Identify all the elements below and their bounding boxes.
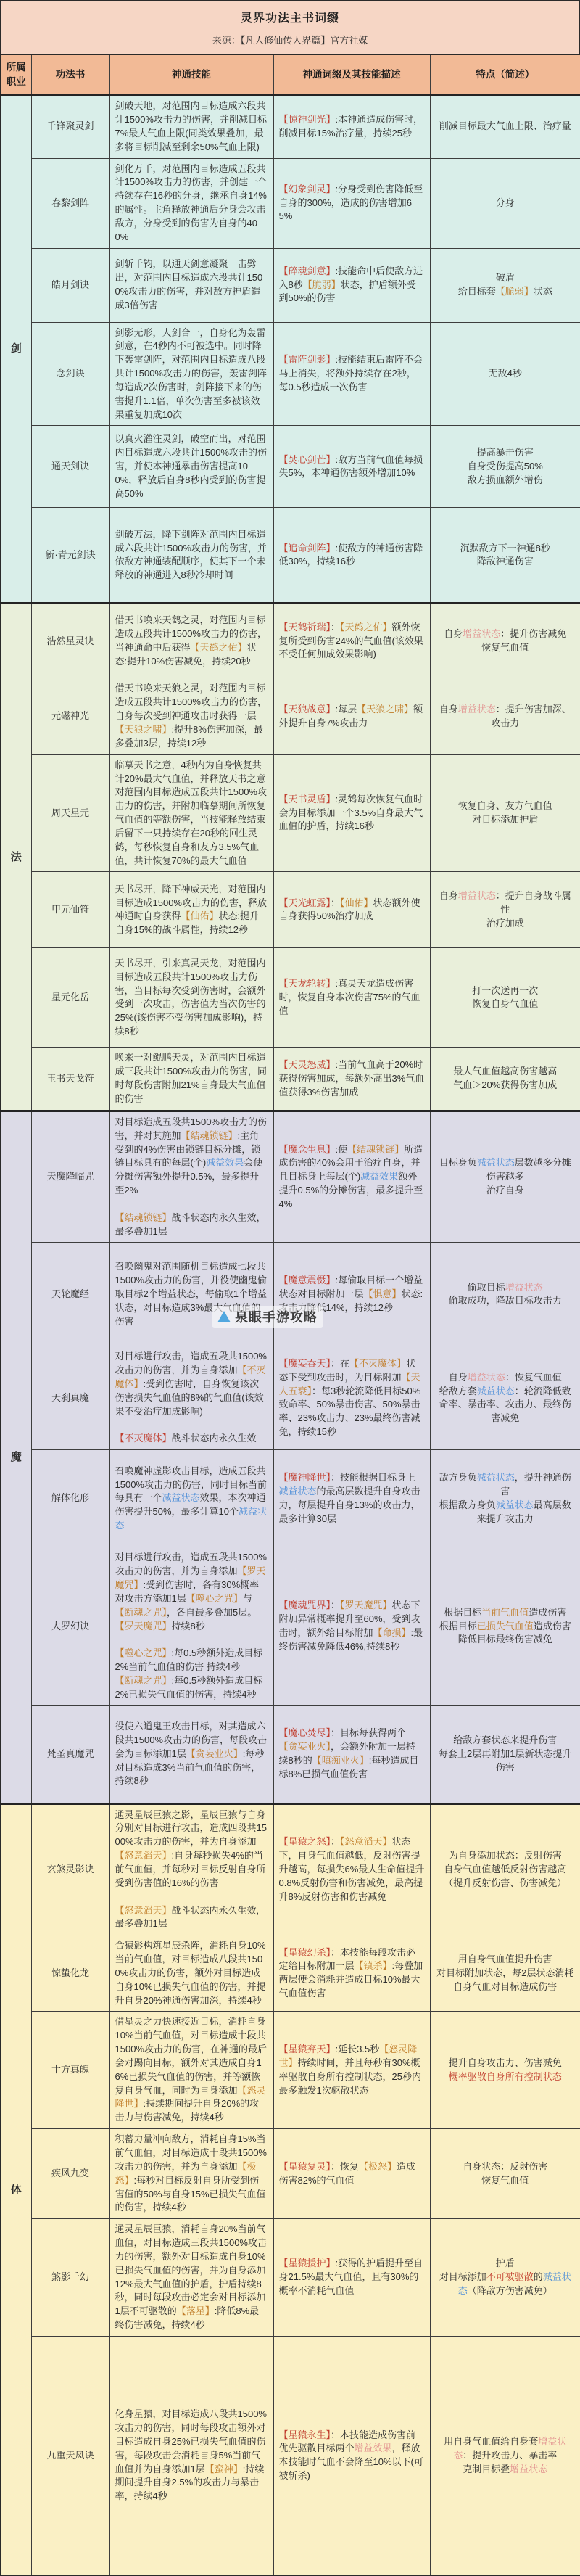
trait-summary: 自身状态：反射伤害 恢复气血值 bbox=[430, 2129, 580, 2219]
table-row: 星元化岳天书尽开，引来真灵天龙，对范围内目标造成五段共计1500%攻击力伤害，当… bbox=[1, 948, 580, 1048]
watermark-text: 泉眼手游攻略 bbox=[235, 1307, 318, 1326]
affix-description: 【魔妄吞天】：在【不灭魔体】状态下受到攻击时，为目标附加【天人五衰】：每3秒轮流… bbox=[273, 1346, 430, 1450]
book-name: 星元化岳 bbox=[31, 948, 109, 1048]
book-name: 浩然星灵诀 bbox=[31, 604, 109, 678]
book-name: 玉书天戈符 bbox=[31, 1048, 109, 1111]
skill-description: 积蓄力量冲向敌方，消耗自身15%当前气血值，对目标造成十段共1500%攻击力的伤… bbox=[109, 2129, 273, 2219]
book-name: 玄煞灵影诀 bbox=[31, 1803, 109, 1935]
table-row: 剑千锋聚灵剑剑破天地，对范围内目标造成六段共计1500%攻击力的伤害，并削减目标… bbox=[1, 95, 580, 158]
affix-description: 【雷阵剑影】:技能结束后雷阵不会马上消失，将额外持续存在2秒，每0.5秒造成一次… bbox=[273, 322, 430, 426]
skill-description: 借星灵之力快速接近目标，消耗自身10%当前气血值，对目标造成十段共1500%攻击… bbox=[109, 2012, 273, 2129]
affix-description: 【天灵怒威】:当前气血高于20%时获得伤害加成，每额外高出3%气血值获得3%伤害… bbox=[273, 1048, 430, 1111]
skill-description: 对目标进行攻击，造成五段共1500%攻击力的伤害，并为自身添加【罗天魔咒】:受到… bbox=[109, 1547, 273, 1705]
book-name: 煞影千幻 bbox=[31, 2219, 109, 2337]
class-label: 法 bbox=[1, 604, 31, 1111]
trait-summary: 根据目标当前气血值造成伤害 根据目标已损失气血值造成伤害 降低目标最终伤害减免 bbox=[430, 1547, 580, 1705]
book-name: 念剑诀 bbox=[31, 322, 109, 426]
book-name: 疾风九变 bbox=[31, 2129, 109, 2219]
book-name: 周天星元 bbox=[31, 754, 109, 872]
title-banner: 灵界功法主书词缀 来源：【凡人修仙传人界篇】官方社媒 bbox=[0, 0, 580, 54]
affix-description: 【魔魂咒界】：【罗天魔咒】状态下附加异常概率提升至60%，受到攻击时，额外给目标… bbox=[273, 1547, 430, 1705]
trait-summary: 偷取目标增益状态 偷取成功，降敌目标攻击力 bbox=[430, 1243, 580, 1346]
table-row: 念剑诀剑影无形，人剑合一，自身化为轰雷剑意，在4秒内不可被选中。同时降下轰雷剑阵… bbox=[1, 322, 580, 426]
affix-description: 【碎魂剑意】:技能命中后使敌方进入8秒【脆弱】状态，护盾额外受到50%的伤害 bbox=[273, 248, 430, 322]
skill-description: 天书尽开，引来真灵天龙，对范围内目标造成五段共计1500%攻击力伤害，当目标每次… bbox=[109, 948, 273, 1048]
book-name: 大罗幻诀 bbox=[31, 1547, 109, 1705]
book-name: 新·青元剑诀 bbox=[31, 508, 109, 604]
trait-summary: 为自身添加状态：反射伤害 自身气血值越低反射伤害越高（提升反射伤害、伤害减免） bbox=[430, 1803, 580, 1935]
affix-description: 【星猿之怒】：【怒意滔天】状态下，自身气血值越低，反射伤害提升越高，每损失6%最… bbox=[273, 1803, 430, 1935]
trait-summary: 敌方身负减益状态，提升神通伤害 根据敌方身负减益状态最高层数来提升攻击力 bbox=[430, 1450, 580, 1547]
skill-description: 剑斩千钧，以通天剑意凝聚一击劈出，对范围内目标造成六段共计1500%攻击力的伤害… bbox=[109, 248, 273, 322]
skill-description: 剑影无形，人剑合一，自身化为轰雷剑意，在4秒内不可被选中。同时降下轰雷剑阵，对范… bbox=[109, 322, 273, 426]
book-name: 惊蛰化龙 bbox=[31, 1935, 109, 2012]
table-row: 天轮魔经召唤幽鬼对范围随机目标造成七段共1500%攻击力的伤害，并役使幽鬼偷取目… bbox=[1, 1243, 580, 1346]
skill-description: 化身星猿，对目标造成八段共1500%攻击力的伤害，同时每段攻击额外对目标造成自身… bbox=[109, 2336, 273, 2575]
skill-description: 借天书唤来天狼之灵，对范围内目标造成五段共计1500%攻击力的伤害，自身每次受到… bbox=[109, 678, 273, 754]
affix-description: 【天书灵盾】:灵鹤每次恢复气血时会为目标添加一个3.5%自身最大气血值的护盾，持… bbox=[273, 754, 430, 872]
table-row: 皓月剑诀剑斩千钧，以通天剑意凝聚一击劈出，对范围内目标造成六段共计1500%攻击… bbox=[1, 248, 580, 322]
skill-description: 唤来一对鲲鹏天灵，对范围内目标造成三段共计1500%攻击力的伤害，同时每段伤害附… bbox=[109, 1048, 273, 1111]
skill-description: 召唤魔神虚影攻击目标，造成五段共1500%攻击力的伤害，同时目标当前每具有一个减… bbox=[109, 1450, 273, 1547]
class-label: 体 bbox=[1, 1803, 31, 2575]
table-row: 十方真魄借星灵之力快速接近目标，消耗自身10%当前气血值，对目标造成十段共150… bbox=[1, 2012, 580, 2129]
trait-summary: 提升自身攻击力、伤害减免 概率驱散自身所有控制状态 bbox=[430, 2012, 580, 2129]
book-name: 十方真魄 bbox=[31, 2012, 109, 2129]
skill-description: 临摹天书之意，4秒内为自身恢复共计20%最大气血值，并释放天书之意对范围内目标造… bbox=[109, 754, 273, 872]
affix-description: 【星猿弃天】:延长3.5秒【怒灵降世】持续时间，并且每秒有30%概率驱散自身所有… bbox=[273, 2012, 430, 2129]
book-name: 天魔降临咒 bbox=[31, 1111, 109, 1243]
affix-description: 【天龙轮转】:真灵天龙造成伤害时，恢复自身本次伤害75%的气血值 bbox=[273, 948, 430, 1048]
table-row: 煞影千幻通灵星辰巨猿，消耗自身20%当前气血值，对目标造成三段共1500%攻击力… bbox=[1, 2219, 580, 2337]
page-title: 灵界功法主书词缀 bbox=[1, 9, 579, 25]
trait-summary: 给敌方套状态来提升伤害 每套上2层再附加1层新状态提升伤害 bbox=[430, 1705, 580, 1803]
book-name: 九重天凤诀 bbox=[31, 2336, 109, 2575]
header-row: 所属职业 功法书 神通技能 神通词缀及其技能描述 特点（简述） bbox=[1, 54, 580, 95]
trait-summary: 恢复自身、友方气血值 对目标添加护盾 bbox=[430, 754, 580, 872]
skill-description: 剑破天地，对范围内目标造成六段共计1500%攻击力的伤害，并削减目标7%最大气血… bbox=[109, 95, 273, 158]
affix-description: 【星猿复灵】：恢复【极怒】造成伤害82%的气血值 bbox=[273, 2129, 430, 2219]
table-row: 体玄煞灵影诀通灵星辰巨猿之影，星辰巨猿与自身分别对目标进行攻击，造成四段共150… bbox=[1, 1803, 580, 1935]
column-header-class: 所属职业 bbox=[1, 54, 31, 95]
table-row: 春黎剑阵剑化万千，对范围内目标造成五段共计1500%攻击力的伤害，并创建一个持续… bbox=[1, 158, 580, 248]
book-name: 解体化形 bbox=[31, 1450, 109, 1547]
trait-summary: 自身增益状态：提升自身战斗属性 治疗加成 bbox=[430, 872, 580, 948]
affix-description: 【幻象剑灵】:分身受到伤害降低至自身的300%，造成的伤害增加65% bbox=[273, 158, 430, 248]
skill-description: 剑破万法，降下剑阵对范围内目标造成六段共计1500%攻击力的伤害，并依敌方神通装… bbox=[109, 508, 273, 604]
skill-description: 役使六道鬼王攻击目标，对其造成六段共1500%攻击力的伤害，每段攻击会为目标添加… bbox=[109, 1705, 273, 1803]
column-header-trait: 特点（简述） bbox=[430, 54, 580, 95]
skill-description: 合猿影构筑星辰杀阵，消耗自身10%当前气血值，对目标造成八段共1500%攻击力的… bbox=[109, 1935, 273, 2012]
book-name: 天刹真魔 bbox=[31, 1346, 109, 1450]
table-row: 周天星元临摹天书之意，4秒内为自身恢复共计20%最大气血值，并释放天书之意对范围… bbox=[1, 754, 580, 872]
column-header-affix: 神通词缀及其技能描述 bbox=[273, 54, 430, 95]
table-row: 大罗幻诀对目标进行攻击，造成五段共1500%攻击力的伤害，并为自身添加【罗天魔咒… bbox=[1, 1547, 580, 1705]
watermark: 泉眼手游攻略 bbox=[212, 1306, 323, 1328]
affix-description: 【天鹤祈瑞】：【天鹤之佑】额外恢复所受到伤害24%的气血值(该效果不受任何加成效… bbox=[273, 604, 430, 678]
table-row: 玉书天戈符唤来一对鲲鹏天灵，对范围内目标造成三段共计1500%攻击力的伤害，同时… bbox=[1, 1048, 580, 1111]
trait-summary: 最大气血值越高伤害越高 气血＞20%获得伤害加成 bbox=[430, 1048, 580, 1111]
skill-description: 通灵星辰巨猿之影，星辰巨猿与自身分别对目标进行攻击，造成四段共1500%攻击力的… bbox=[109, 1803, 273, 1935]
trait-summary: 破盾 给目标套【脆弱】状态 bbox=[430, 248, 580, 322]
affix-description: 【追命剑阵】:使敌方的神通伤害降低30%，持续16秒 bbox=[273, 508, 430, 604]
skill-description: 通灵星辰巨猿，消耗自身20%当前气血值，对目标造成三段共1500%攻击力的伤害，… bbox=[109, 2219, 273, 2337]
trait-summary: 分身 bbox=[430, 158, 580, 248]
trait-summary: 自身增益状态：提升伤害减免 恢复气血值 bbox=[430, 604, 580, 678]
table-row: 疾风九变积蓄力量冲向敌方，消耗自身15%当前气血值，对目标造成十段共1500%攻… bbox=[1, 2129, 580, 2219]
affix-description: 【焚心剑芒】:敌方当前气血值每损失5%，本神通伤害额外增加10% bbox=[273, 426, 430, 508]
affix-description: 【魔念生息】:使【结魂锁链】所造成伤害的40%会用于治疗自身，并且目标身上每层(… bbox=[273, 1111, 430, 1243]
table-row: 新·青元剑诀剑破万法，降下剑阵对范围内目标造成六段共计1500%攻击力的伤害，并… bbox=[1, 508, 580, 604]
skill-description: 召唤幽鬼对范围随机目标造成七段共1500%攻击力的伤害，并役使幽鬼偷取目标2个增… bbox=[109, 1243, 273, 1346]
skill-description: 以真火灌注灵剑，破空而出，对范围内目标造成六段共计1500%攻击的伤害，并使本神… bbox=[109, 426, 273, 508]
watermark-triangle-icon bbox=[217, 1311, 231, 1322]
book-name: 春黎剑阵 bbox=[31, 158, 109, 248]
skill-description: 对目标进行攻击，造成五段共1500%攻击力的伤害，并为自身添加【不灭魔体】:受到… bbox=[109, 1346, 273, 1450]
trait-summary: 无敌4秒 bbox=[430, 322, 580, 426]
trait-summary: 自身增益状态：恢复气血值 给敌方套减益状态：轮流降低致命率、暴击率、攻击力、最终… bbox=[430, 1346, 580, 1450]
table-row: 惊蛰化龙合猿影构筑星辰杀阵，消耗自身10%当前气血值，对目标造成八段共1500%… bbox=[1, 1935, 580, 2012]
table-row: 梵圣真魔咒役使六道鬼王攻击目标，对其造成六段共1500%攻击力的伤害，每段攻击会… bbox=[1, 1705, 580, 1803]
skill-description: 天书尽开，降下神威天光，对范围内目标造成1500%攻击力的伤害，释放神通时自身获… bbox=[109, 872, 273, 948]
book-name: 千锋聚灵剑 bbox=[31, 95, 109, 158]
table-row: 解体化形召唤魔神虚影攻击目标，造成五段共1500%攻击力的伤害，同时目标当前每具… bbox=[1, 1450, 580, 1547]
table-row: 元磁神光借天书唤来天狼之灵，对范围内目标造成五段共计1500%攻击力的伤害，自身… bbox=[1, 678, 580, 754]
skill-description: 对目标造成五段共1500%攻击力的伤害，并对其施加【结魂锁链】:主角受到的4%伤… bbox=[109, 1111, 273, 1243]
affix-description: 【天光虹露】：【仙佑】状态额外使自身获得50%治疗加成 bbox=[273, 872, 430, 948]
table-row: 法浩然星灵诀借天书唤来天鹤之灵，对范围内目标造成五段共计1500%攻击力的伤害，… bbox=[1, 604, 580, 678]
column-header-book: 功法书 bbox=[31, 54, 109, 95]
table-row: 魔天魔降临咒对目标造成五段共1500%攻击力的伤害，并对其施加【结魂锁链】:主角… bbox=[1, 1111, 580, 1243]
affix-description: 【惊神剑光】:本神通造成伤害时，削减目标15%治疗量，持续25秒 bbox=[273, 95, 430, 158]
table-row: 通天剑诀以真火灌注灵剑，破空而出，对范围内目标造成六段共计1500%攻击的伤害，… bbox=[1, 426, 580, 508]
trait-summary: 护盾 对目标添加不可被驱散的减益状态（降敌方伤害减免） bbox=[430, 2219, 580, 2337]
affix-description: 【星猿永生】：本技能造成伤害前优先驱散目标两个增益效果，释放本技能时气血不会降至… bbox=[273, 2336, 430, 2575]
table-row: 九重天凤诀化身星猿，对目标造成八段共1500%攻击力的伤害，同时每段攻击额外对目… bbox=[1, 2336, 580, 2575]
affix-description: 【星猿幻杀】：本技能每段攻击必定给目标附加一层【镇杀】:每叠加两层便会消耗并造成… bbox=[273, 1935, 430, 2012]
class-label: 剑 bbox=[1, 95, 31, 604]
column-header-skill: 神通技能 bbox=[109, 54, 273, 95]
book-name: 梵圣真魔咒 bbox=[31, 1705, 109, 1803]
book-name: 甲元仙符 bbox=[31, 872, 109, 948]
book-name: 通天剑诀 bbox=[31, 426, 109, 508]
trait-summary: 打一次送再一次 恢复自身气血值 bbox=[430, 948, 580, 1048]
book-name: 元磁神光 bbox=[31, 678, 109, 754]
source-line: 来源：【凡人修仙传人界篇】官方社媒 bbox=[1, 33, 579, 46]
affix-description: 【星猿援护】:获得的护盾提升至自身21.5%最大气血值，且有30%的概率不消耗气… bbox=[273, 2219, 430, 2337]
trait-summary: 自身增益状态：提升伤害加深、攻击力 bbox=[430, 678, 580, 754]
trait-summary: 用自身气血值给自身套增益状态：提升攻击力、暴击率 克制目标叠增益状态 bbox=[430, 2336, 580, 2575]
skill-description: 剑化万千，对范围内目标造成五段共计1500%攻击力的伤害，并创建一个持续存在16… bbox=[109, 158, 273, 248]
affix-description: 【魔神降世】：技能根据目标身上减益状态的最高层数提升自身攻击力，每层提升自身13… bbox=[273, 1450, 430, 1547]
affix-description: 【天狼战意】:每层【天狼之啸】额外提升自身7%攻击力 bbox=[273, 678, 430, 754]
table-row: 天刹真魔对目标进行攻击，造成五段共1500%攻击力的伤害，并为自身添加【不灭魔体… bbox=[1, 1346, 580, 1450]
skill-description: 借天书唤来天鹤之灵，对范围内目标造成五段共计1500%攻击力的伤害，当神通命中后… bbox=[109, 604, 273, 678]
book-name: 皓月剑诀 bbox=[31, 248, 109, 322]
trait-summary: 提高暴击伤害 自身受伤提高50% 敌方损血额外增伤 bbox=[430, 426, 580, 508]
trait-summary: 目标身负减益状态层数越多分摊伤害越多 治疗自身 bbox=[430, 1111, 580, 1243]
trait-summary: 削减目标最大气血上限、治疗量 bbox=[430, 95, 580, 158]
affix-description: 【魔意震慑】:每偷取目标一个增益状态对目标附加一层【惧意】状态:攻击力降低14%… bbox=[273, 1243, 430, 1346]
affix-description: 【魔心焚尽】：目标每获得两个【贪妄业火】，会额外附加一层持续8秒的【嗔痴业火】:… bbox=[273, 1705, 430, 1803]
book-name: 天轮魔经 bbox=[31, 1243, 109, 1346]
table-row: 甲元仙符天书尽开，降下神威天光，对范围内目标造成1500%攻击力的伤害，释放神通… bbox=[1, 872, 580, 948]
trait-summary: 沉默敌方下一神通8秒 降敌神通伤害 bbox=[430, 508, 580, 604]
trait-summary: 用自身气血值提升伤害 对目标附加状态，每2层状态消耗自身气血对目标造成伤害 bbox=[430, 1935, 580, 2012]
class-label: 魔 bbox=[1, 1111, 31, 1803]
